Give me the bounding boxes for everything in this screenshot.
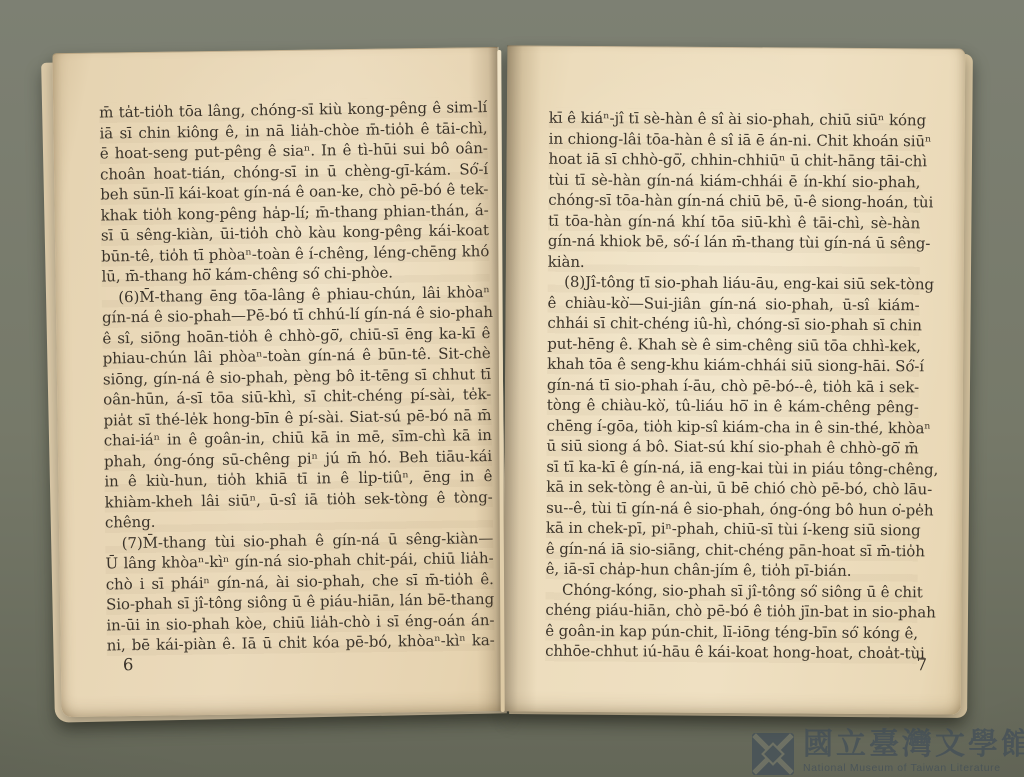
text-line: ū siū siong á bô. Siat-sú khí sio-phah ê… [546,436,918,459]
text-line: chhōe-chhut iú-hāu ê kái-koat hong-hoat,… [545,641,917,664]
text-line: (8)Jî-tông tī sio-phah liáu-āu, eng-kai … [548,272,920,295]
text-line: hoat iā sī chhò-gō͘, chhin-chhiūⁿ ū chi̍… [548,149,920,172]
text-line: kī ê kiáⁿ-jî tī sè-hàn ê sî ài sio-phah,… [549,108,921,131]
page-number-left: 6 [123,655,134,674]
text-line: kiàn. [548,251,920,274]
text-line: tùi tī sè-hàn gín-ná kiám-chhái ē ín-khí… [548,169,920,192]
paragraph: (7)M̄-thang tùi sio-phah ê gín-ná ū sêng… [105,528,495,656]
book-page-left: m̄ ta̍t-tio̍h tōa lâng, chóng-sī kiù kon… [52,47,507,717]
text-line: ê goân-in kap pún-chit, lī-iōng téng-bīn… [545,620,917,643]
watermark-text: 國立臺灣文學館 National Museum of Taiwan Litera… [803,729,1024,774]
text-line: su--ê, tùi tī gín-ná ê sio-phah, óng-óng… [546,497,918,520]
text-line: in chiong-lâi tōa-hàn ê sî iā ē án-ni. C… [549,128,921,151]
text-line: gín-ná tī sio-phah í-āu, chò pē-bó--ê, t… [547,374,919,397]
text-line: Chóng-kóng, sio-phah sī jî-tông só͘ siôn… [545,579,917,602]
text-line: khah tōa ê seng-khu kiám-chhái siū siong… [547,354,919,377]
text-line: ê gín-ná iā sio-siāng, chit-chéng pān-ho… [546,538,918,561]
paragraph: m̄ ta̍t-tio̍h tōa lâng, chóng-sī kiù kon… [99,97,490,287]
text-line: kā in sek-tòng ê an-ùi, ū bē chió chò pē… [546,477,918,500]
text-line: tòng ê chiàu-kò͘, tû-liáu hō͘ in ê kám-c… [547,395,919,418]
page-text-left: m̄ ta̍t-tio̍h tōa lâng, chóng-sī kiù kon… [99,97,495,656]
paragraph: (8)Jî-tông tī sio-phah liáu-āu, eng-kai … [546,272,920,582]
page-text-right: kī ê kiáⁿ-jî tī sè-hàn ê sî ài sio-phah,… [545,108,921,664]
book-photo: m̄ ta̍t-tio̍h tōa lâng, chóng-sī kiù kon… [0,0,1024,777]
text-line: tī tōa-hàn gín-ná khí tōa siū-khì ê tāi-… [548,210,920,233]
text-line: chéng piáu-hiān, chò pē-bó ê tio̍h jīn-b… [545,600,917,623]
text-line: ni, bē kái-piàn ê. Iā ū chi̍t kóa pē-bó,… [107,630,495,656]
page-number-right: 7 [916,655,927,674]
watermark-museum-name-en: National Museum of Taiwan Literature [803,762,1024,774]
text-line: put-hēng ê. Khah sè ê sim-chêng siū tōa … [547,333,919,356]
text-line: gín-ná khiok bē, só͘-í lán m̄-thang tùi … [548,231,920,254]
watermark: 國立臺灣文學館 National Museum of Taiwan Litera… [752,729,1024,775]
book-page-right: kī ê kiáⁿ-jî tī sè-hàn ê sî ài sio-phah,… [503,45,966,714]
watermark-museum-name-zh: 國立臺灣文學館 [803,729,1024,761]
text-line: chóng-sī tōa-hàn gín-ná chiū bē, ū-ê sio… [548,190,920,213]
paragraph: kī ê kiáⁿ-jî tī sè-hàn ê sî ài sio-phah,… [548,108,921,275]
text-line: kā in chek-pī, piⁿ-phah, chiū-sī tùi í-k… [546,518,918,541]
text-line: ê chiàu-kò͘—Sui-jiân gín-ná sio-phah, ū-… [547,292,919,315]
text-line: sī tī ka-kī ê gín-ná, iā eng-kai tùi in … [546,456,918,479]
paragraph: (6)M̄-thang ēng tōa-lâng ê phiau-chún, l… [102,282,493,533]
text-line: ê, iā-sī cha̍p-hun chân-jím ê, tio̍h pī-… [546,559,918,582]
paragraph: Chóng-kóng, sio-phah sī jî-tông só͘ siôn… [545,579,918,664]
text-line: chhái sī chi̍t-chéng iû-hì, chóng-sī sio… [547,313,919,336]
text-line: chēng í-gōa, tio̍h kip-sî kiám-cha in ê … [547,415,919,438]
museum-logo-icon [752,733,794,775]
